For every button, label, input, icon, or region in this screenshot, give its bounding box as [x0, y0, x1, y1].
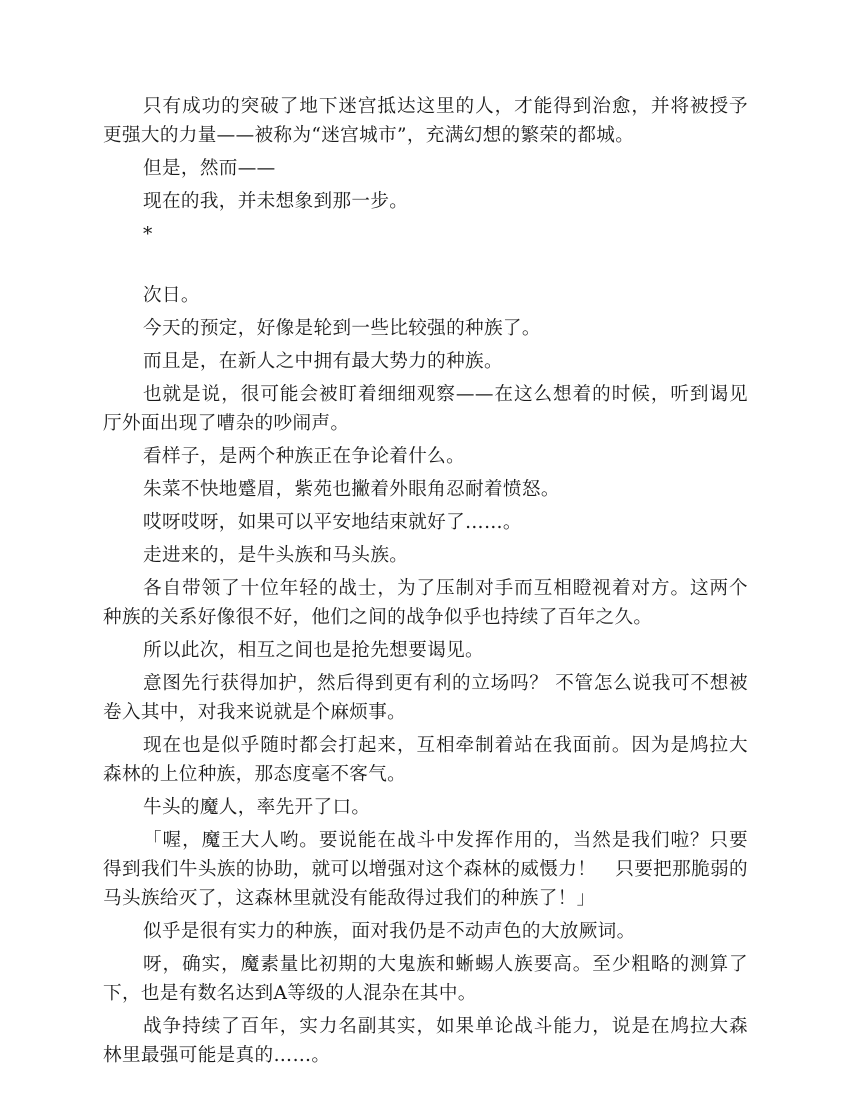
paragraph: 战争持续了百年，实力名副其实，如果单论战斗能力，说是在鸠拉大森林里最强可能是真的… [103, 1012, 748, 1070]
paragraph: 现在也是似乎随时都会打起来，互相牵制着站在我面前。因为是鸠拉大森林的上位种族，那… [103, 731, 748, 789]
paragraph: 朱菜不快地蹙眉，紫苑也撇着外眼角忍耐着愤怒。 [103, 475, 748, 504]
paragraph: 今天的预定，好像是轮到一些比较强的种族了。 [103, 314, 748, 343]
paragraph: 似乎是很有实力的种族，面对我仍是不动声色的大放厥词。 [103, 917, 748, 946]
paragraph: 「喔，魔王大人哟。要说能在战斗中发挥作用的，当然是我们啦？只要得到我们牛头族的协… [103, 826, 748, 913]
spacer [103, 253, 748, 281]
paragraph: 现在的我，并未想象到那一步。 [103, 187, 748, 216]
paragraph: 意图先行获得加护，然后得到更有利的立场吗？ 不管怎么说我可不想被卷入其中，对我来… [103, 669, 748, 727]
paragraph: 但是，然而—— [103, 154, 748, 183]
document-page: 只有成功的突破了地下迷宫抵达这里的人，才能得到治愈，并将被授予更强大的力量——被… [103, 92, 748, 1074]
paragraph: 次日。 [103, 281, 748, 310]
scene-break: * [103, 220, 748, 249]
paragraph: 看样子，是两个种族正在争论着什么。 [103, 442, 748, 471]
paragraph: 牛头的魔人，率先开了口。 [103, 793, 748, 822]
paragraph: 也就是说，很可能会被盯着细细观察——在这么想着的时候，听到谒见厅外面出现了嘈杂的… [103, 380, 748, 438]
paragraph: 哎呀哎呀，如果可以平安地结束就好了……。 [103, 508, 748, 537]
paragraph: 走进来的，是牛头族和马头族。 [103, 541, 748, 570]
paragraph: 所以此次，相互之间也是抢先想要谒见。 [103, 636, 748, 665]
paragraph: 只有成功的突破了地下迷宫抵达这里的人，才能得到治愈，并将被授予更强大的力量——被… [103, 92, 748, 150]
paragraph: 呀，确实，魔素量比初期的大鬼族和蜥蜴人族要高。至少粗略的测算了下，也是有数名达到… [103, 950, 748, 1008]
paragraph: 各自带领了十位年轻的战士，为了压制对手而互相瞪视着对方。这两个种族的关系好像很不… [103, 574, 748, 632]
paragraph: 而且是，在新人之中拥有最大势力的种族。 [103, 347, 748, 376]
